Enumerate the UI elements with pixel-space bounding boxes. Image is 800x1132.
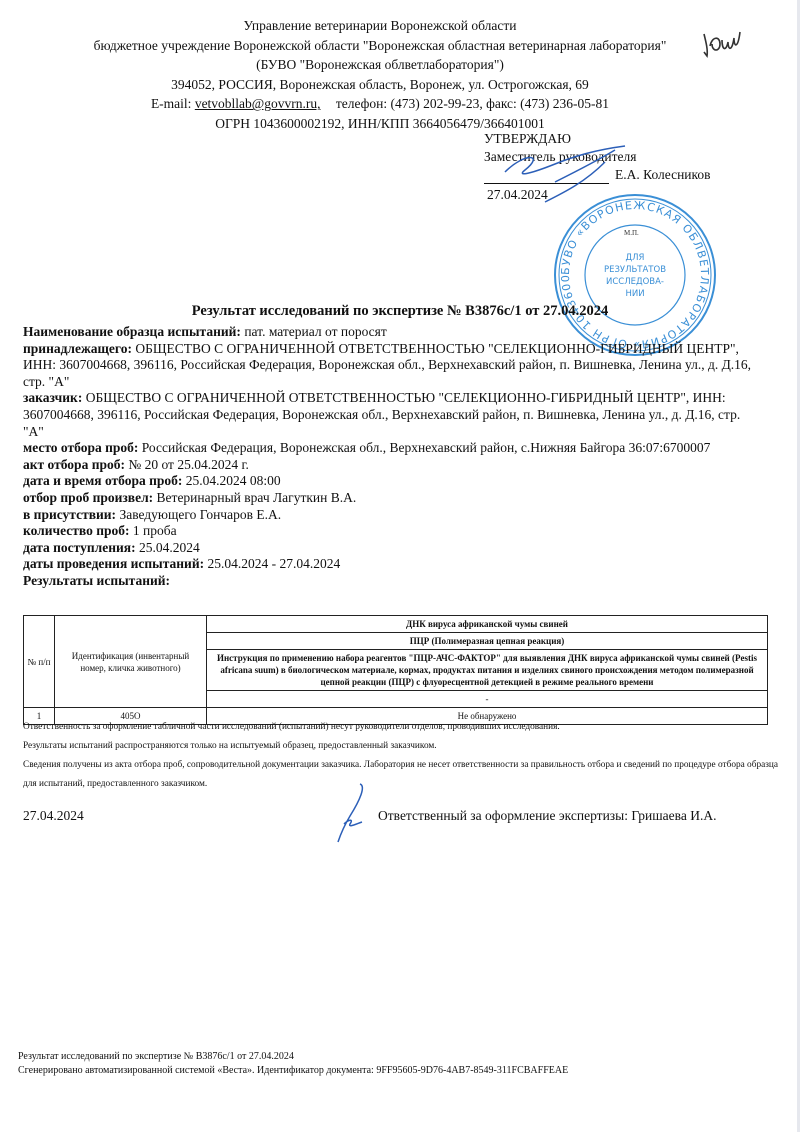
field-sampling-datetime: дата и время отбора проб: 25.04.2024 08:… [23,473,763,490]
generated-info: Результат исследований по экспертизе № B… [18,1050,568,1078]
svg-text:НИИ: НИИ [625,289,644,299]
sample-details: Наименование образца испытаний: пат. мат… [23,324,763,590]
field-customer: заказчик: ОБЩЕСТВО С ОГРАНИЧЕННОЙ ОТВЕТС… [23,390,763,440]
header-method: ПЦР (Полимеразная цепная реакция) [207,633,768,650]
header-test-name: ДНК вируса африканской чумы свиней [207,616,768,633]
phone-fax: телефон: (473) 202-99-23, факс: (473) 23… [336,96,609,111]
svg-text:М.П.: М.П. [624,229,639,237]
results-table: № п/п Идентификация (инвентарный номер, … [23,615,768,725]
header-number: № п/п [24,616,55,708]
field-sampling-act: акт отбора проб: № 20 от 25.04.2024 г. [23,457,763,474]
document-title: Результат исследований по экспертизе № B… [0,303,800,320]
responsible-person: Ответственный за оформление экспертизы: … [378,808,716,824]
letterhead: Управление ветеринарии Воронежской облас… [60,16,700,134]
field-receipt-date: дата поступления: 25.04.2024 [23,540,763,557]
header-identification: Идентификация (инвентарный номер, кличка… [55,616,207,708]
header-instruction: Инструкция по применению набора реагенто… [207,650,768,691]
institution-short-name: (БУВО "Воронежская облветлаборатория") [60,55,700,75]
field-test-dates: даты проведения испытаний: 25.04.2024 - … [23,556,763,573]
note-source: Сведения получены из акта отбора проб, с… [23,756,783,794]
handwritten-initials-icon [700,22,760,62]
field-owner: принадлежащего: ОБЩЕСТВО С ОГРАНИЧЕННОЙ … [23,341,763,391]
field-sample-count: количество проб: 1 проба [23,523,763,540]
field-results-heading: Результаты испытаний: [23,573,763,590]
contacts-line: E-mail: vetvobllab@govvrn.ru, телефон: (… [60,94,700,114]
svg-text:ИССЛЕДОВА-: ИССЛЕДОВА- [606,277,664,287]
svg-text:ДЛЯ: ДЛЯ [626,253,645,263]
department-name: Управление ветеринарии Воронежской облас… [60,16,700,36]
footer-date: 27.04.2024 [23,808,84,824]
notes: Ответственность за оформление табличной … [23,718,783,794]
responsible-signature-icon [320,780,380,844]
field-sample-name: Наименование образца испытаний: пат. мат… [23,324,763,341]
note-responsibility: Ответственность за оформление табличной … [23,718,783,737]
document-page: Управление ветеринарии Воронежской облас… [0,0,800,1132]
header-units: - [207,691,768,708]
field-sampled-by: отбор проб произвел: Ветеринарный врач Л… [23,490,763,507]
generated-system-id: Сгенерировано автоматизированной системо… [18,1064,568,1078]
email-label: E-mail: [151,96,192,111]
email-link[interactable]: vetvobllab@govvrn.ru, [195,96,321,111]
field-in-presence: в присутствии: Заведующего Гончаров Е.А. [23,507,763,524]
institution-name: бюджетное учреждение Воронежской области… [60,36,700,56]
svg-text:РЕЗУЛЬТАТОВ: РЕЗУЛЬТАТОВ [604,265,666,275]
institution-address: 394052, РОССИЯ, Воронежская область, Вор… [60,75,700,95]
note-scope: Результаты испытаний распространяются то… [23,737,783,756]
generated-document-ref: Результат исследований по экспертизе № B… [18,1050,568,1064]
field-sampling-place: место отбора проб: Российская Федерация,… [23,440,763,457]
